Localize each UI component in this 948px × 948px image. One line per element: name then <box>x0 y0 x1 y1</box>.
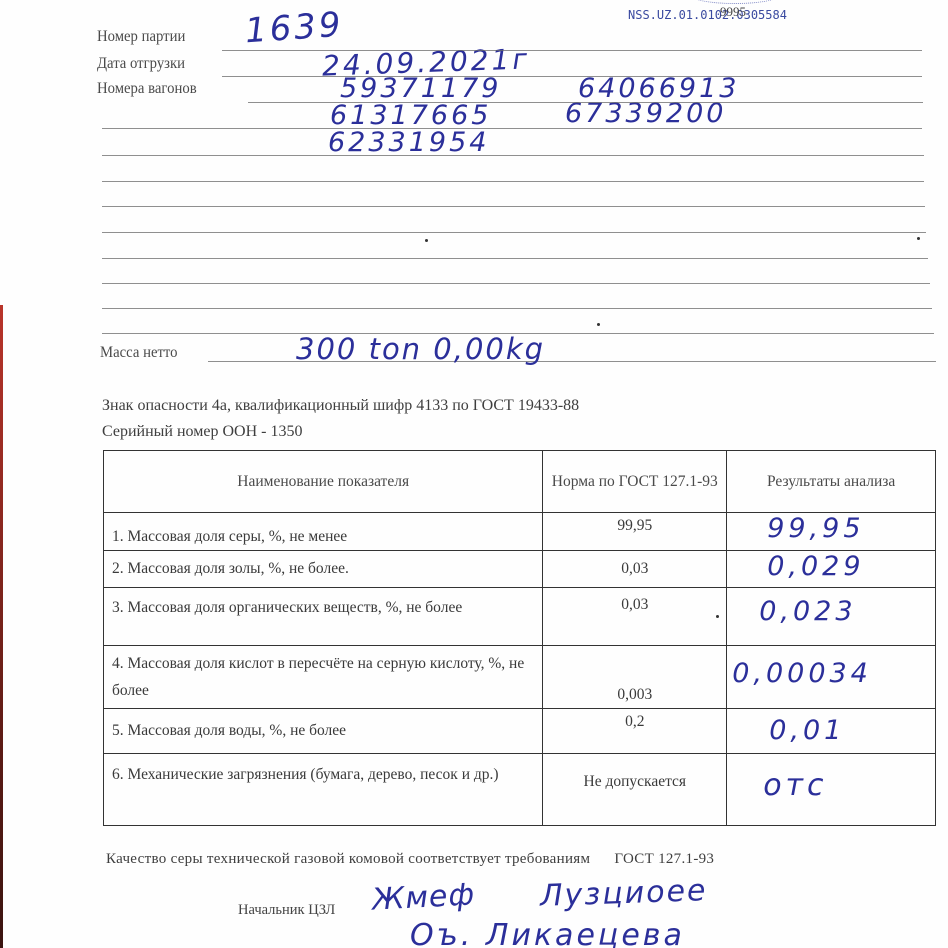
net-mass-value: 300 ton 0,00kg <box>296 332 545 366</box>
wagon-number: 62331954 <box>328 127 489 158</box>
ruled-line <box>222 76 922 77</box>
conclusion-standard: ГОСТ 127.1-93 <box>614 851 714 867</box>
row-result: 99,95 <box>767 513 864 544</box>
row-norm: 0,03 <box>543 588 727 646</box>
speck <box>425 239 428 242</box>
conclusion-statement: Качество серы технической газовой комово… <box>106 851 714 868</box>
row-indicator: 1. Массовая доля серы, %, не менее <box>104 513 543 551</box>
speck <box>716 615 719 618</box>
ruled-line <box>102 206 925 207</box>
speck <box>917 237 920 240</box>
row-norm: 99,95 <box>543 513 727 551</box>
row-indicator: 4. Массовая доля кислот в пересчёте на с… <box>104 646 543 709</box>
spec-table: Наименование показателя Норма по ГОСТ 12… <box>103 450 936 826</box>
header-indicator-name: Наименование показателя <box>104 451 543 513</box>
header-result: Результаты анализа <box>727 451 936 513</box>
wagons-label: Номера вагонов <box>97 80 197 98</box>
shipment-date-label: Дата отгрузки <box>97 55 185 73</box>
certificate-stamp: NSS.UZ.01.0102.0305584 9995 <box>628 8 787 22</box>
conclusion-text: Качество серы технической газовой комово… <box>106 851 590 867</box>
ruled-line <box>102 232 926 233</box>
row-indicator: 3. Массовая доля органических веществ, %… <box>104 588 543 646</box>
hazard-class-line: Знак опасности 4а, квалификационный шифр… <box>102 397 579 415</box>
batch-label: Номер партии <box>97 28 185 46</box>
row-result-cell: 0,023 <box>727 588 936 646</box>
speck <box>597 323 600 326</box>
net-mass-label: Масса нетто <box>100 344 178 362</box>
ruled-line <box>102 155 924 156</box>
row-norm: 0,003 <box>543 646 727 709</box>
batch-value: 1639 <box>244 5 345 52</box>
row-result: 0,029 <box>767 551 864 582</box>
page-edge-shadow <box>0 305 3 948</box>
table-row: 3. Массовая доля органических веществ, %… <box>104 588 936 646</box>
ruled-line <box>102 308 932 309</box>
row-result-cell: 99,95 <box>727 513 936 551</box>
table-row: 5. Массовая доля воды, %, не более 0,2 0… <box>104 709 936 754</box>
row-result-cell: 0,029 <box>727 551 936 588</box>
ruled-line <box>102 258 928 259</box>
table-row: 1. Массовая доля серы, %, не менее 99,95… <box>104 513 936 551</box>
signature-handwritten: Лузциоее <box>539 873 708 914</box>
table-header-row: Наименование показателя Норма по ГОСТ 12… <box>104 451 936 513</box>
table-row: 2. Массовая доля золы, %, не более. 0,03… <box>104 551 936 588</box>
row-result: 0,00034 <box>732 658 872 689</box>
table-row: 4. Массовая доля кислот в пересчёте на с… <box>104 646 936 709</box>
row-indicator: 2. Массовая доля золы, %, не более. <box>104 551 543 588</box>
ruled-line <box>102 181 924 182</box>
ruled-line <box>102 128 922 129</box>
stamp-overprint: 9995 <box>720 4 746 20</box>
chief-lab-title: Начальник ЦЗЛ <box>238 902 335 919</box>
ruled-line <box>222 50 922 51</box>
signature-handwritten: Жмеф <box>371 877 476 917</box>
row-result: 0,023 <box>759 596 856 627</box>
row-result: 0,01 <box>769 715 845 746</box>
row-result-cell: 0,00034 <box>727 646 936 709</box>
un-number-line: Серийный номер ООН - 1350 <box>102 423 302 441</box>
row-norm: Не допускается <box>543 754 727 826</box>
row-result-cell: 0,01 <box>727 709 936 754</box>
signature-handwritten: Оъ. Ликаецева <box>410 918 685 948</box>
row-result: отс <box>763 768 827 803</box>
row-result-cell: отс <box>727 754 936 826</box>
row-indicator: 6. Механические загрязнения (бумага, дер… <box>104 754 543 826</box>
table-row: 6. Механические загрязнения (бумага, дер… <box>104 754 936 826</box>
row-norm: 0,2 <box>543 709 727 754</box>
row-indicator: 5. Массовая доля воды, %, не более <box>104 709 543 754</box>
ruled-line <box>102 283 930 284</box>
ruled-line <box>248 102 923 103</box>
row-norm: 0,03 <box>543 551 727 588</box>
certificate-number: NSS.UZ.01.0102.0305584 <box>628 8 787 22</box>
header-norm: Норма по ГОСТ 127.1-93 <box>543 451 727 513</box>
